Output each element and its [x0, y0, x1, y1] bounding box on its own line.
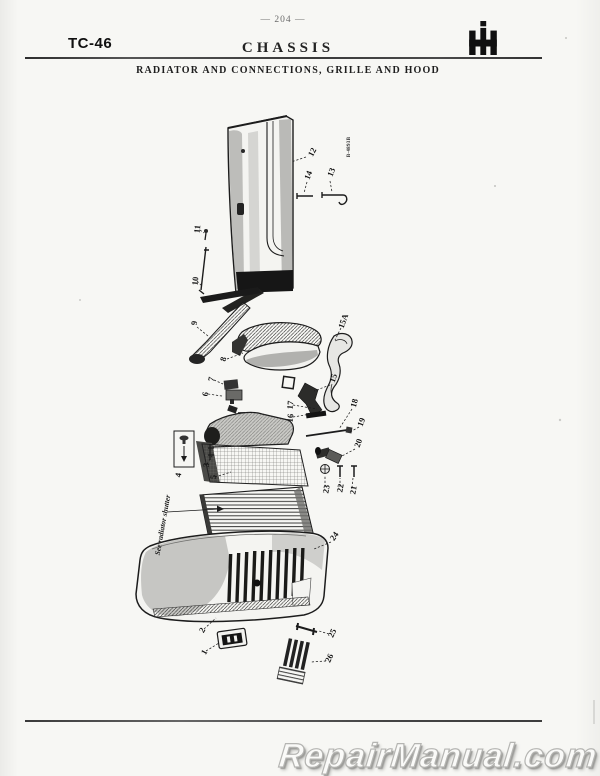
part-label-6: 6	[200, 391, 211, 397]
small-bracket-parts	[224, 379, 242, 404]
footer-rule	[25, 720, 542, 722]
trim-rod	[296, 623, 317, 635]
clamp-bracket-parts	[282, 376, 326, 418]
part-label-20: 20	[352, 437, 364, 448]
part-label-21: 21	[347, 485, 358, 495]
hood-fastener-rods	[297, 192, 347, 204]
watermark: RepairManual.com	[277, 737, 599, 776]
part-label-10: 10	[190, 276, 201, 285]
part-label-5: 5	[208, 474, 218, 479]
part-label-16: 16	[285, 413, 296, 422]
part-label-2: 2	[197, 626, 208, 635]
part-label-22: 22	[334, 483, 345, 493]
part-label-3: 3	[201, 462, 211, 467]
grille-housing	[136, 531, 328, 621]
part-label-26: 26	[323, 652, 336, 664]
part-label-11: 11	[192, 225, 203, 234]
figure-code: B-4893B	[347, 136, 352, 157]
part-label-14: 14	[302, 168, 315, 180]
part-label-8: 8	[218, 356, 229, 363]
part-label-23: 23	[320, 484, 331, 494]
part-label-17: 17	[285, 400, 296, 410]
part-label-24: 24	[327, 529, 340, 542]
part-label-13: 13	[325, 166, 337, 178]
emblem-plate	[217, 628, 247, 649]
lower-vent	[277, 638, 311, 684]
air-duct	[324, 334, 352, 412]
fastener-parts	[321, 465, 358, 478]
part-label-18: 18	[348, 398, 360, 409]
hose-elbow	[315, 447, 342, 463]
hood-panel	[222, 116, 293, 313]
part-label-12: 12	[306, 146, 319, 158]
exploded-parts-diagram: 12 14 13 B-4893B 11 10 9 8 7 6 15A 15 17…	[0, 0, 600, 776]
part-label-1: 1	[199, 648, 210, 657]
part-label-4: 4	[173, 471, 184, 478]
cap-detail-box	[174, 431, 194, 467]
part-label-7: 7	[206, 375, 217, 382]
fan-shroud	[232, 323, 321, 370]
part-label-15a: 15A	[336, 312, 351, 330]
part-label-9: 9	[189, 320, 199, 325]
tie-rod	[306, 427, 352, 436]
part-label-19: 19	[355, 416, 367, 427]
part-label-25: 25	[326, 627, 339, 639]
